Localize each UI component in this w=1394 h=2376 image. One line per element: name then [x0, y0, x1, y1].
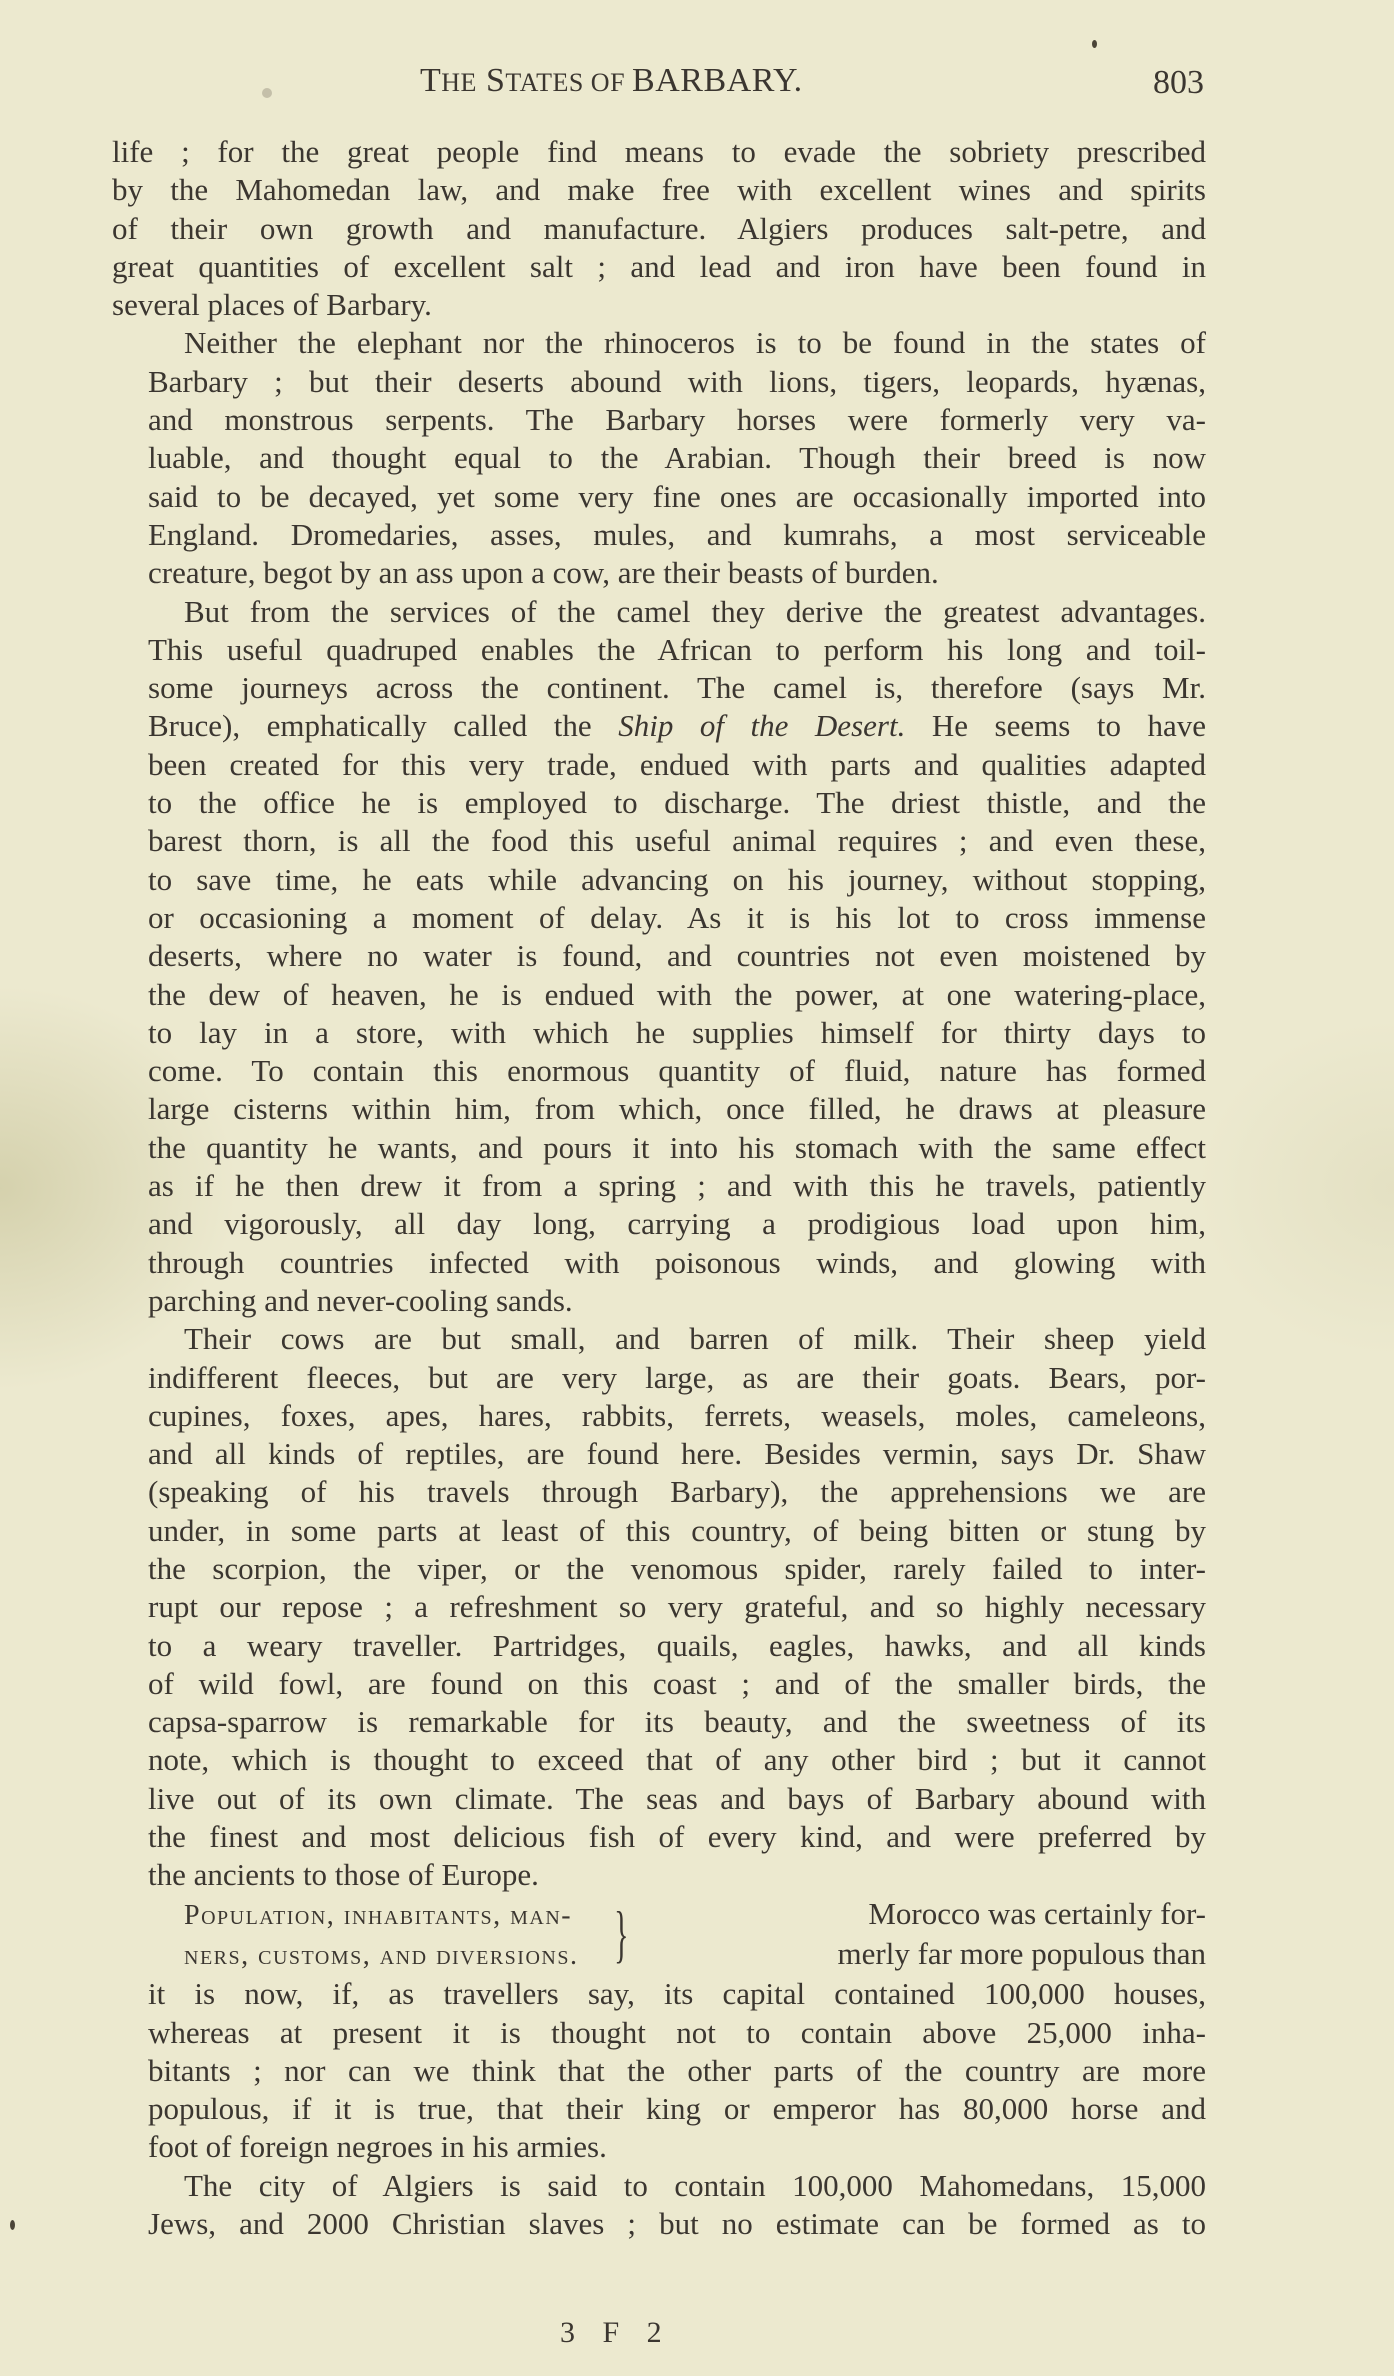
running-title-states-initial: S	[477, 62, 505, 99]
text-line: creature, begot by an ass upon a cow, ar…	[112, 554, 1206, 592]
text-line: deserts, where no water is found, and co…	[112, 937, 1206, 975]
text-line: whereas at present it is thought not to …	[112, 2014, 1206, 2052]
page-header: The States of BARBARY. 803	[0, 62, 1394, 112]
text-line: bitants ; nor can we think that the othe…	[112, 2052, 1206, 2090]
paragraph-animals: Neither the elephant nor the rhinoceros …	[112, 324, 1206, 592]
running-title: The States of BARBARY.	[420, 62, 920, 100]
paragraph-camel: But from the services of the camel they …	[112, 593, 1206, 1321]
text-line: note, which is thought to exceed that of…	[112, 1741, 1206, 1779]
text-line: it is now, if, as travellers say, its ca…	[112, 1975, 1206, 2013]
running-title-of: of	[584, 68, 632, 97]
text-line: England. Dromedaries, asses, mules, and …	[112, 516, 1206, 554]
text-line: to save time, he eats while advancing on…	[112, 861, 1206, 899]
running-title-barbary: BARBARY.	[632, 62, 803, 99]
paragraph-algiers: The city of Algiers is said to contain 1…	[112, 2167, 1206, 2244]
text-line: live out of its own climate. The seas an…	[112, 1780, 1206, 1818]
text-line: parching and never-cooling sands.	[112, 1282, 1206, 1320]
text-line: Neither the elephant nor the rhinoceros …	[112, 324, 1206, 362]
text-line: indifferent fleeces, but are very large,…	[112, 1359, 1206, 1397]
text-fragment: Bruce), emphatically called the	[148, 708, 618, 743]
text-line: populous, if it is true, that their king…	[112, 2090, 1206, 2128]
paper-speck	[1092, 40, 1097, 48]
text-line: to a weary traveller. Partridges, quails…	[112, 1627, 1206, 1665]
text-line: to the office he is employed to discharg…	[112, 784, 1206, 822]
text-line: been created for this very trade, endued…	[112, 746, 1206, 784]
signature-mark: 3 F 2	[560, 2316, 672, 2350]
paragraph-livestock-birds: Their cows are but small, and barren of …	[112, 1320, 1206, 1894]
italic-phrase: Ship of the Desert.	[618, 708, 905, 743]
text-line: great quantities of excellent salt ; and…	[112, 248, 1206, 286]
text-line: and all kinds of reptiles, are found her…	[112, 1435, 1206, 1473]
text-line: as if he then drew it from a spring ; an…	[112, 1167, 1206, 1205]
brace-glyph: }	[578, 1896, 628, 1976]
text-line: capsa-sparrow is remarkable for its beau…	[112, 1703, 1206, 1741]
text-line-fragment: Morocco was certainly for-	[832, 1895, 1206, 1933]
section-population: Population, inhabitants, man-}Morocco wa…	[112, 1895, 1206, 2167]
text-line: the quantity he wants, and pours it into…	[112, 1129, 1206, 1167]
text-line: This useful quadruped enables the Africa…	[112, 631, 1206, 669]
paragraph-wine-minerals: life ; for the great people find means t…	[112, 133, 1206, 324]
text-line: the finest and most delicious fish of ev…	[112, 1818, 1206, 1856]
section-heading-line-2: ners, customs, and diversions.merly far …	[112, 1935, 1206, 1975]
text-line: the ancients to those of Europe.	[112, 1856, 1206, 1894]
running-title-states-rest: tates	[505, 68, 583, 97]
text-line: some journeys across the continent. The …	[112, 669, 1206, 707]
section-sidehead-1: Population, inhabitants, man-	[184, 1900, 572, 1931]
text-line: several places of Barbary.	[112, 286, 1206, 324]
text-line-fragment: merly far more populous than	[802, 1935, 1206, 1973]
paper-speck	[10, 2220, 15, 2230]
text-line: come. To contain this enormous quantity …	[112, 1052, 1206, 1090]
text-line: under, in some parts at least of this co…	[112, 1512, 1206, 1550]
body-text: life ; for the great people find means t…	[112, 133, 1206, 2243]
text-line: foot of foreign negroes in his armies.	[112, 2128, 1206, 2166]
text-line: But from the services of the camel they …	[112, 593, 1206, 631]
paper-stain	[262, 88, 272, 98]
text-line: life ; for the great people find means t…	[112, 133, 1206, 171]
text-line: cupines, foxes, apes, hares, rabbits, fe…	[112, 1397, 1206, 1435]
text-fragment: He seems to have	[905, 708, 1206, 743]
text-line: Their cows are but small, and barren of …	[112, 1320, 1206, 1358]
section-heading-line-1: Population, inhabitants, man-}Morocco wa…	[112, 1895, 1206, 1935]
text-line: said to be decayed, yet some very fine o…	[112, 478, 1206, 516]
text-line: (speaking of his travels through Barbary…	[112, 1473, 1206, 1511]
running-title-the-initial: T	[420, 62, 441, 99]
text-line-ship-of-the-desert: Bruce), emphatically called the Ship of …	[112, 707, 1206, 745]
text-line: or occasioning a moment of delay. As it …	[112, 899, 1206, 937]
text-line: Jews, and 2000 Christian slaves ; but no…	[112, 2205, 1206, 2243]
text-line: of their own growth and manufacture. Alg…	[112, 210, 1206, 248]
text-line: of wild fowl, are found on this coast ; …	[112, 1665, 1206, 1703]
text-line: by the Mahomedan law, and make free with…	[112, 171, 1206, 209]
page-number: 803	[1153, 64, 1204, 102]
text-line: the scorpion, the viper, or the venomous…	[112, 1550, 1206, 1588]
running-title-the-rest: he	[441, 68, 477, 97]
text-line: the dew of heaven, he is endued with the…	[112, 976, 1206, 1014]
text-line: through countries infected with poisonou…	[112, 1244, 1206, 1282]
text-line: The city of Algiers is said to contain 1…	[112, 2167, 1206, 2205]
text-line: and monstrous serpents. The Barbary hors…	[112, 401, 1206, 439]
text-line: and vigorously, all day long, carrying a…	[112, 1205, 1206, 1243]
section-sidehead-2: ners, customs, and diversions.	[184, 1940, 578, 1971]
book-page: The States of BARBARY. 803 life ; for th…	[0, 0, 1394, 2376]
text-line: rupt our repose ; a refreshment so very …	[112, 1588, 1206, 1626]
text-line: large cisterns within him, from which, o…	[112, 1090, 1206, 1128]
text-line: luable, and thought equal to the Arabian…	[112, 439, 1206, 477]
text-line: Barbary ; but their deserts abound with …	[112, 363, 1206, 401]
text-line: barest thorn, is all the food this usefu…	[112, 822, 1206, 860]
text-line: to lay in a store, with which he supplie…	[112, 1014, 1206, 1052]
